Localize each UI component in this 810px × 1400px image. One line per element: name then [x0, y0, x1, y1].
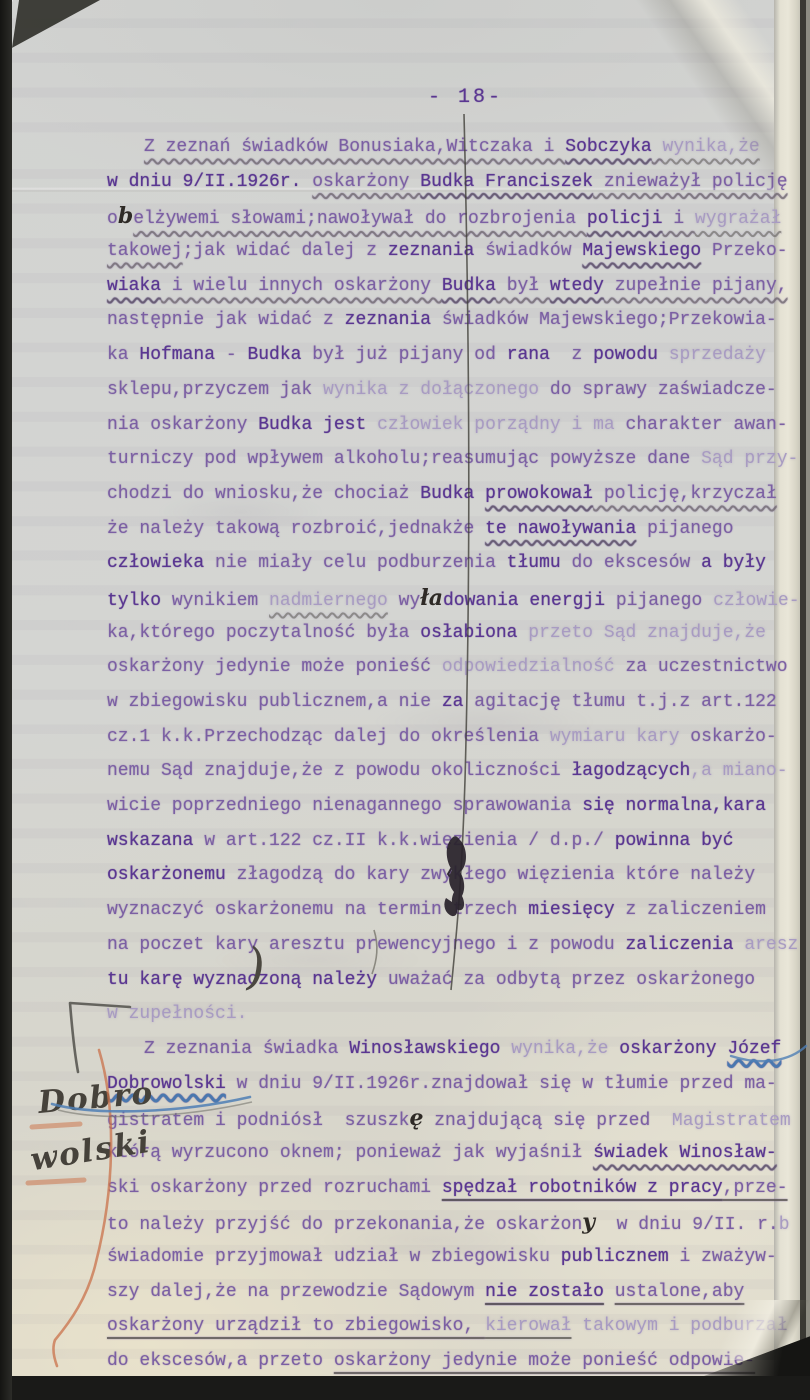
typed-line: ka,którego poczytalność była osłabiona p…: [107, 616, 807, 651]
typed-line: to należy przyjść do przekonania,że oska…: [107, 1205, 807, 1240]
typed-line: chodzi do wniosku,że chociaż Budka prowo…: [107, 477, 807, 512]
typed-line: nia oskarżony Budka jest człowiek porząd…: [107, 408, 807, 443]
typed-line: obelżywemi słowami;nawoływał do rozbroje…: [107, 199, 807, 234]
scan-left-edge: [0, 0, 12, 1400]
typed-line: ski oskarżony przed rozruchami spędzał r…: [107, 1171, 807, 1206]
typed-line: tylko wynikiem nadmiernego wyładowania e…: [107, 581, 807, 616]
typed-line: Dobrowolski w dniu 9/II.1926r.znajdował …: [107, 1067, 807, 1102]
typed-line: w dniu 9/II.1926r. oskarżony Budka Franc…: [107, 165, 807, 200]
typed-line: w zupełności.: [107, 997, 807, 1032]
typed-line: sklepu,przyczem jak wynika z dołączonego…: [107, 373, 807, 408]
typed-line: takowej;jak widać dalej z zeznania świad…: [107, 234, 807, 269]
document-page: - 18- Z zeznań świadków Bonusiaka,Witcza…: [12, 0, 774, 1400]
typed-line: wiaka i wielu innych oskarżony Budka był…: [107, 269, 807, 304]
scan-background: - 18- Z zeznań świadków Bonusiaka,Witcza…: [0, 0, 810, 1400]
typed-line: cz.1 k.k.Przechodząc dalej do określenia…: [107, 720, 807, 755]
torn-corner: [12, 0, 100, 52]
typed-line: Z zeznań świadków Bonusiaka,Witczaka i S…: [107, 130, 807, 165]
typed-line: oskarżony jedynie może ponieść odpowiedz…: [107, 650, 807, 685]
page-number: - 18-: [428, 86, 503, 109]
typed-line: następnie jak widać z zeznania świadków …: [107, 303, 807, 338]
typed-line: w zbiegowisku publicznem,a nie za agitac…: [107, 685, 807, 720]
scan-bottom-edge: [0, 1376, 810, 1400]
typed-line: wyznaczyć oskarżonemu na termin trzech m…: [107, 893, 807, 928]
typed-line: oskarżonemu złagodzą do kary zwykłego wi…: [107, 858, 807, 893]
typed-line: na poczet kary aresztu prewencyjnego i z…: [107, 928, 807, 963]
typed-line: turniczy pod wpływem alkoholu;reasumując…: [107, 442, 807, 477]
typed-line: tu karę wyznaczoną należy uważać za odby…: [107, 963, 807, 998]
typed-line: nemu Sąd znajduje,że z powodu okolicznoś…: [107, 754, 807, 789]
typed-line: gistratem i podniósł szuszkę znajdującą …: [107, 1101, 807, 1136]
typed-line: wskazana w art.122 cz.II k.k.więzienia /…: [107, 824, 807, 859]
typed-line: Z zeznania świadka Winosławskiego wynika…: [107, 1032, 807, 1067]
typed-line: ka Hofmana - Budka był już pijany od ran…: [107, 338, 807, 373]
typed-text: Z zeznań świadków Bonusiaka,Witczaka i S…: [107, 130, 807, 1379]
typed-line: świadomie przyjmował udział w zbiegowisk…: [107, 1240, 807, 1275]
typed-line: którą wyrzucono oknem; ponieważ jak wyja…: [107, 1136, 807, 1171]
typed-line: że należy takową rozbroić,jednakże te na…: [107, 512, 807, 547]
typed-line: człowieka nie miały celu podburzenia tłu…: [107, 546, 807, 581]
typed-line: wicie poprzedniego nienagannego sprawowa…: [107, 789, 807, 824]
